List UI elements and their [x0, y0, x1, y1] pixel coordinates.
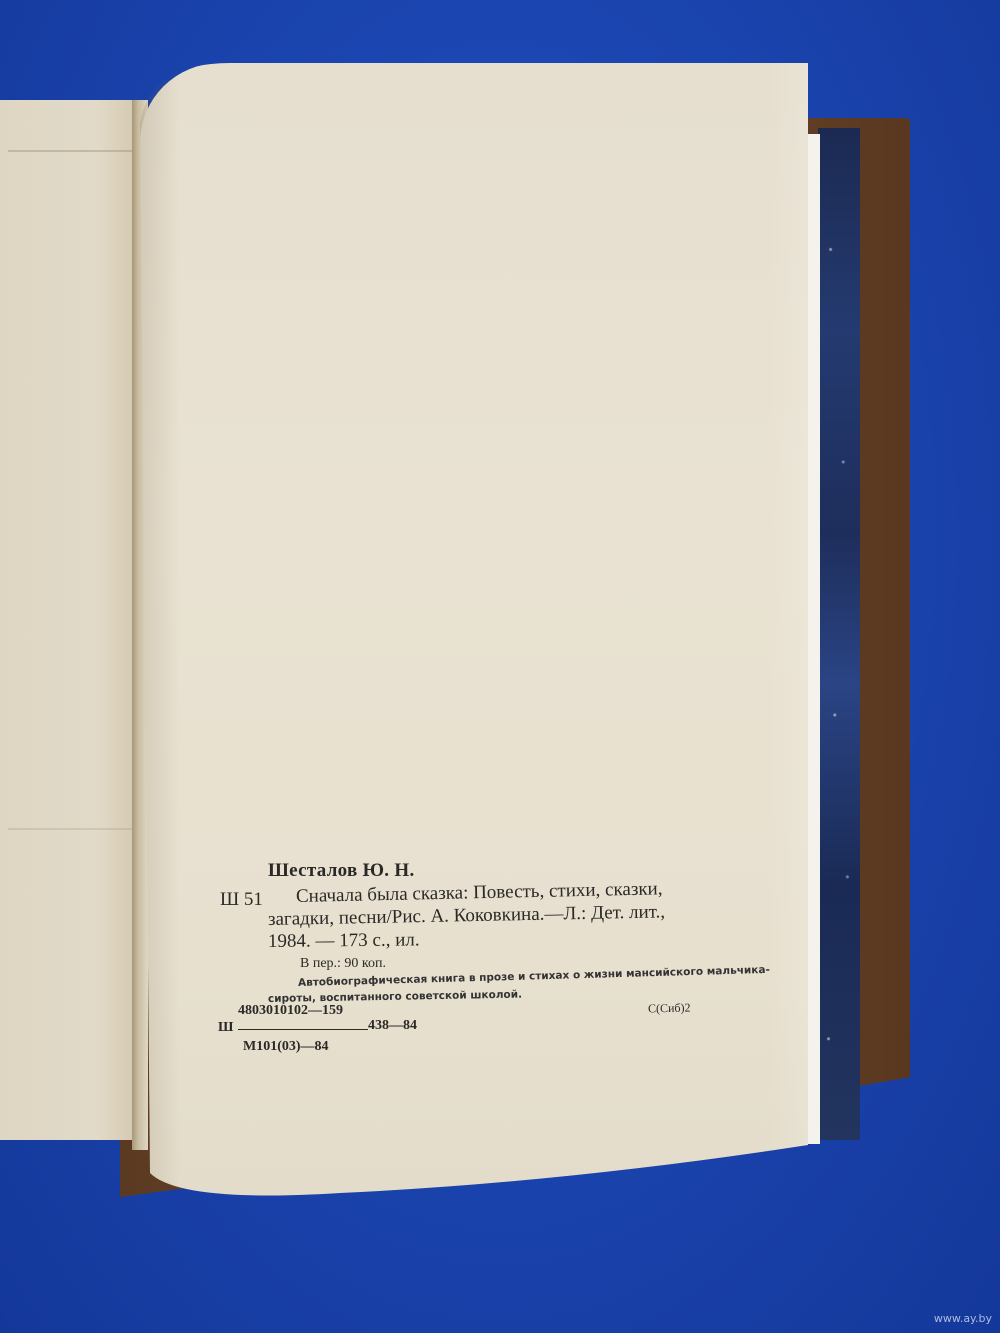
index-fraction-line: [238, 1029, 368, 1030]
price: В пер.: 90 коп.: [300, 956, 386, 972]
index-numerator: 4803010102—159: [238, 1003, 343, 1019]
imprint-block: Шесталов Ю. Н. Ш 51 Сначала была сказка:…: [0, 0, 1000, 1333]
classification-code: С(Сиб)2: [648, 1000, 691, 1016]
index-prefix: Ш: [218, 1020, 233, 1036]
title-line-3: 1984. — 173 с., ил.: [268, 929, 420, 953]
catalog-code: Ш 51: [220, 889, 263, 911]
index-denominator: М101(03)—84: [243, 1039, 329, 1055]
watermark: www.ay.by: [934, 1312, 992, 1325]
index-suffix: 438—84: [368, 1018, 417, 1034]
author-name: Шесталов Ю. Н.: [268, 860, 415, 882]
